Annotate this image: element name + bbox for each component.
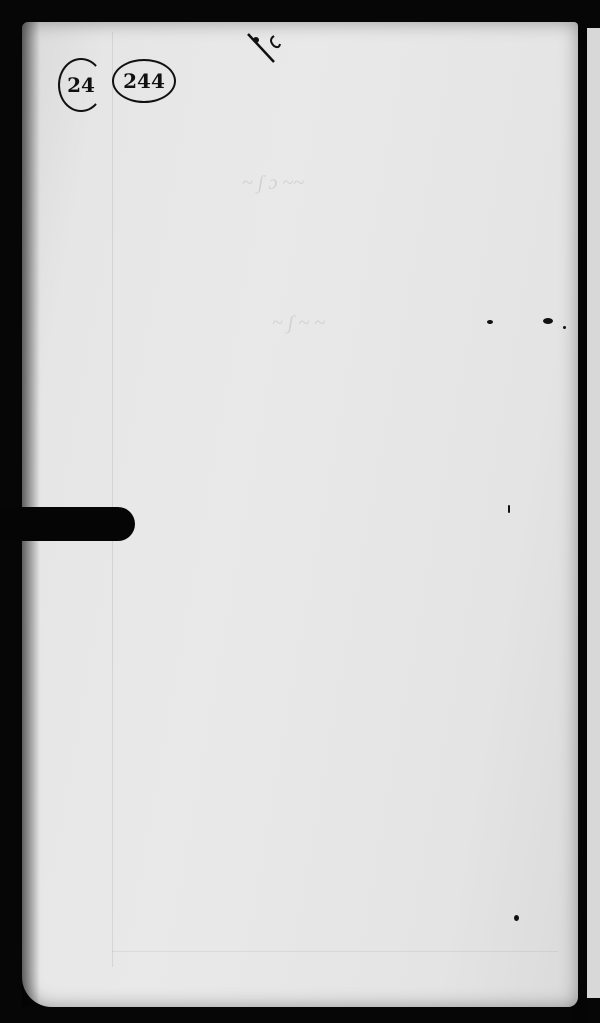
ink-speck (563, 326, 566, 329)
bottom-rule (112, 951, 558, 952)
folio-number-secondary: 244 (112, 59, 176, 103)
bleed-through-text: ~ ʃ ɔ ~~ (242, 172, 304, 195)
bleed-through-text: ~ ʃ ~ ~ (272, 312, 325, 335)
handwritten-corner-mark-icon (244, 26, 284, 64)
folio-number-primary: 24 (58, 58, 104, 112)
folio-number-secondary-text: 244 (123, 69, 165, 93)
ink-speck (543, 318, 553, 324)
index-tab (0, 507, 135, 541)
ink-speck (514, 915, 519, 921)
adjacent-page-edge (587, 28, 600, 998)
folio-number-primary-text: 24 (67, 73, 95, 97)
ink-speck (508, 505, 510, 513)
margin-rule (112, 32, 113, 967)
ink-speck (487, 320, 493, 324)
